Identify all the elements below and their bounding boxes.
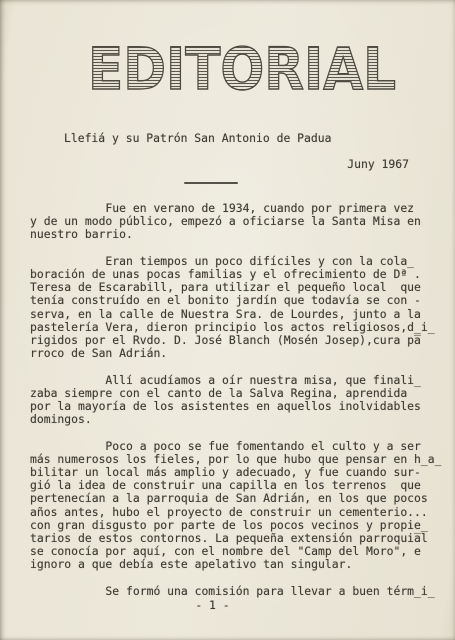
paragraph-1: Fue en verano de 1934, cuando por primer… xyxy=(30,202,445,242)
date-divider xyxy=(184,182,238,184)
page-number: - 1 - xyxy=(0,599,425,612)
document-body: Fue en verano de 1934, cuando por primer… xyxy=(30,202,445,611)
document-date: Juny 1967 xyxy=(0,158,409,171)
editorial-title: EDITORIAL xyxy=(84,34,400,102)
title-text: EDITORIAL xyxy=(88,35,396,102)
paragraph-3: Allí acudíamos a oír nuestra misa, que f… xyxy=(30,374,445,427)
paragraph-4: Poco a poco se fue fomentando el culto y… xyxy=(30,440,445,572)
document-page: EDITORIAL Llefiá y su Patrón San Antonio… xyxy=(0,0,455,640)
editorial-title-art: EDITORIAL xyxy=(84,34,400,102)
paragraph-2: Eran tiempos un poco difíciles y con la … xyxy=(30,255,445,361)
document-subtitle: Llefiá y su Patrón San Antonio de Padua xyxy=(64,132,331,145)
paragraph-5: Se formó una comisión para llevar a buen… xyxy=(30,585,445,598)
